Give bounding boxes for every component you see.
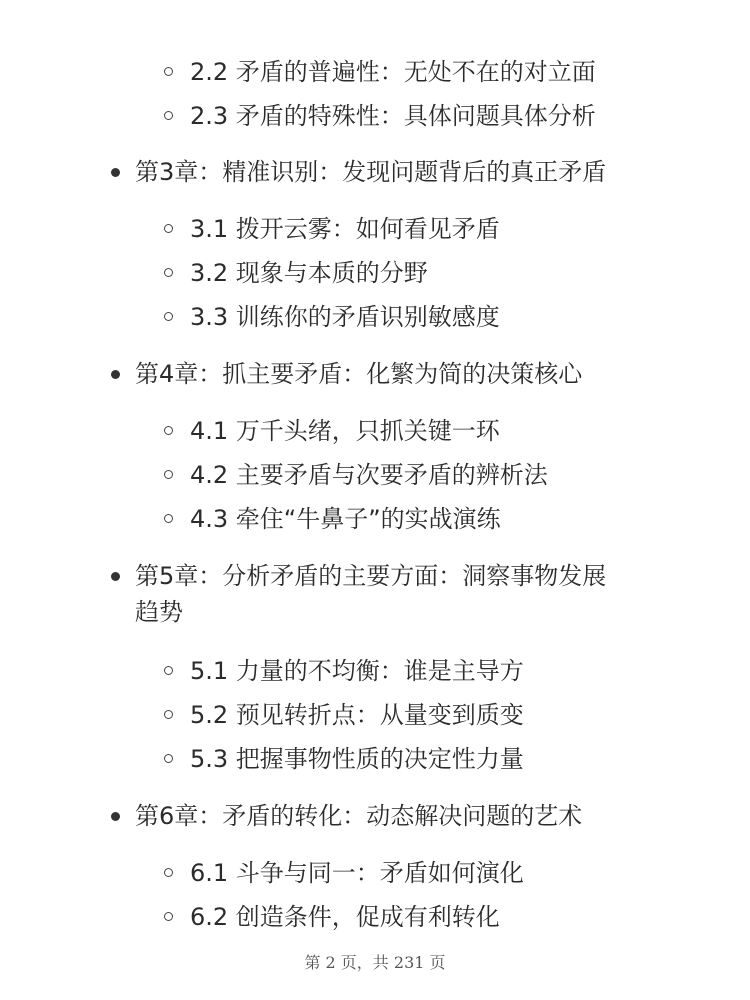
hollow-bullet-icon [164, 754, 173, 763]
toc-section-item: 6.1 斗争与同一：矛盾如何演化 [190, 855, 524, 891]
toc-section-item: 5.2 预见转折点：从量变到质变 [190, 697, 524, 733]
toc-item-label: 4.1 万千头绪，只抓关键一环 [190, 417, 500, 445]
hollow-bullet-icon [164, 268, 173, 277]
hollow-bullet-icon [164, 312, 173, 321]
hollow-bullet-icon [164, 224, 173, 233]
toc-item-label: 5.3 把握事物性质的决定性力量 [190, 745, 524, 773]
toc-section-item: 5.1 力量的不均衡：谁是主导方 [190, 653, 524, 689]
toc-section-item: 3.3 训练你的矛盾识别敏感度 [190, 299, 500, 335]
filled-bullet-icon [111, 812, 120, 821]
toc-section-item: 2.2 矛盾的普遍性：无处不在的对立面 [190, 54, 596, 90]
toc-item-label: 第3章：精准识别：发现问题背后的真正矛盾 [135, 154, 606, 190]
toc-item-label-continued: 趋势 [135, 594, 606, 630]
hollow-bullet-icon [164, 868, 173, 877]
toc-item-label: 4.2 主要矛盾与次要矛盾的辨析法 [190, 461, 548, 489]
toc-item-label: 3.1 拨开云雾：如何看见矛盾 [190, 215, 500, 243]
filled-bullet-icon [111, 370, 120, 379]
toc-item-label: 5.1 力量的不均衡：谁是主导方 [190, 657, 524, 685]
hollow-bullet-icon [164, 514, 173, 523]
toc-section-item: 6.2 创造条件，促成有利转化 [190, 899, 500, 935]
hollow-bullet-icon [164, 67, 173, 76]
hollow-bullet-icon [164, 426, 173, 435]
toc-chapter-item: 第6章：矛盾的转化：动态解决问题的艺术 [135, 798, 582, 834]
filled-bullet-icon [111, 168, 120, 177]
toc-item-label: 2.2 矛盾的普遍性：无处不在的对立面 [190, 58, 596, 86]
toc-section-item: 3.1 拨开云雾：如何看见矛盾 [190, 211, 500, 247]
hollow-bullet-icon [164, 710, 173, 719]
hollow-bullet-icon [164, 470, 173, 479]
toc-section-item: 2.3 矛盾的特殊性：具体问题具体分析 [190, 98, 596, 134]
toc-chapter-item: 第3章：精准识别：发现问题背后的真正矛盾 [135, 154, 606, 190]
toc-item-label: 第4章：抓主要矛盾：化繁为简的决策核心 [135, 356, 582, 392]
toc-item-label: 3.2 现象与本质的分野 [190, 259, 428, 287]
toc-section-item: 4.3 牵住“牛鼻子”的实战演练 [190, 501, 501, 537]
toc-chapter-item: 第5章：分析矛盾的主要方面：洞察事物发展趋势 [135, 558, 606, 630]
toc-item-label: 3.3 训练你的矛盾识别敏感度 [190, 303, 500, 331]
toc-item-label: 6.2 创造条件，促成有利转化 [190, 903, 500, 931]
hollow-bullet-icon [164, 666, 173, 675]
toc-section-item: 4.2 主要矛盾与次要矛盾的辨析法 [190, 457, 548, 493]
toc-item-label: 第5章：分析矛盾的主要方面：洞察事物发展 [135, 558, 606, 594]
hollow-bullet-icon [164, 912, 173, 921]
toc-chapter-item: 第4章：抓主要矛盾：化繁为简的决策核心 [135, 356, 582, 392]
toc-section-item: 4.1 万千头绪，只抓关键一环 [190, 413, 500, 449]
toc-item-label: 第6章：矛盾的转化：动态解决问题的艺术 [135, 798, 582, 834]
hollow-bullet-icon [164, 111, 173, 120]
toc-section-item: 5.3 把握事物性质的决定性力量 [190, 741, 524, 777]
toc-section-item: 3.2 现象与本质的分野 [190, 255, 428, 291]
document-page: 2.2 矛盾的普遍性：无处不在的对立面2.3 矛盾的特殊性：具体问题具体分析第3… [0, 0, 750, 1000]
toc-item-label: 2.3 矛盾的特殊性：具体问题具体分析 [190, 102, 596, 130]
toc-item-label: 4.3 牵住“牛鼻子”的实战演练 [190, 505, 501, 533]
page-number-footer: 第 2 页，共 231 页 [0, 950, 750, 973]
toc-item-label: 5.2 预见转折点：从量变到质变 [190, 701, 524, 729]
filled-bullet-icon [111, 572, 120, 581]
toc-item-label: 6.1 斗争与同一：矛盾如何演化 [190, 859, 524, 887]
